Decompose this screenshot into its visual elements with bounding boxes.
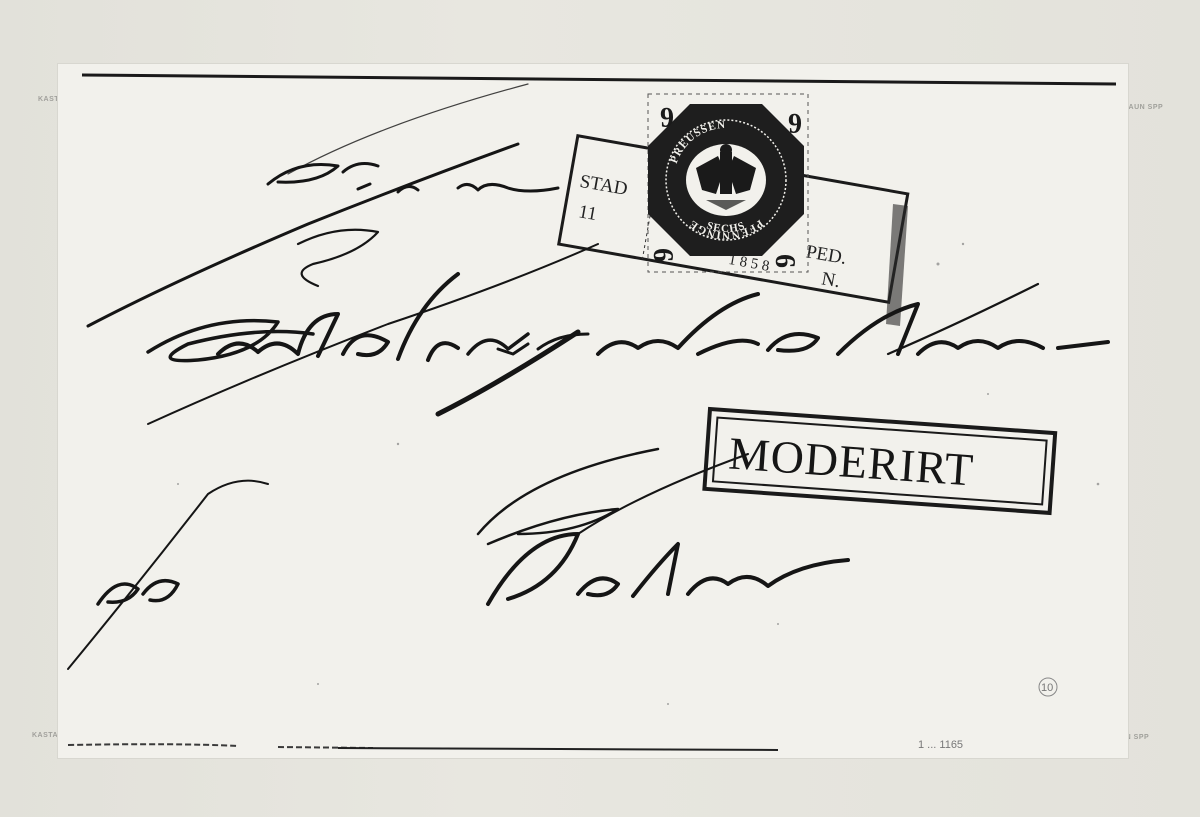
bottom-edge-line: [338, 748, 778, 750]
album-page: KASTAUN SPP KASTAUN SPP KASTAUN SPP KAST…: [0, 0, 1200, 817]
flourish-stroke-1: [88, 144, 518, 326]
address-line-1-text: Herrn: [418, 173, 421, 175]
postmark-line1-right: PED.: [804, 241, 848, 269]
corner-numeral-bl: 6: [647, 248, 678, 262]
address-line-1: [268, 84, 558, 192]
corner-numeral-br: 6: [769, 254, 800, 268]
moderirt-handstamp: MODERIRT: [704, 409, 1055, 513]
corner-numeral-tl: 6: [660, 101, 674, 132]
pencil-circled-number: 10: [1041, 682, 1053, 694]
corner-numeral-tr: 6: [788, 107, 802, 138]
postmark-line2-left: 11: [577, 201, 599, 225]
address-line-2: [148, 230, 1108, 424]
address-line-2-text: Gebrüder Merkens: [458, 352, 466, 355]
postmark-line2-right: N.: [820, 268, 842, 292]
pencil-bottom-note: 1 ... 1165: [918, 739, 963, 751]
bottom-edge-trace-left: [68, 744, 373, 748]
top-edge-line: [82, 75, 1116, 84]
address-line-3-city: Cöln: [658, 592, 660, 595]
postmark-line1-left: STAD: [578, 171, 629, 200]
prussia-stamp: PFENNINGE PREUSSEN SECHS 6 6 6 6: [647, 94, 808, 272]
address-line-3-prefix: zu: [558, 593, 559, 595]
postal-cover: STAD 11 PED. N. 1 8 5 8 PFENNINGE PREUSS…: [58, 64, 1128, 758]
